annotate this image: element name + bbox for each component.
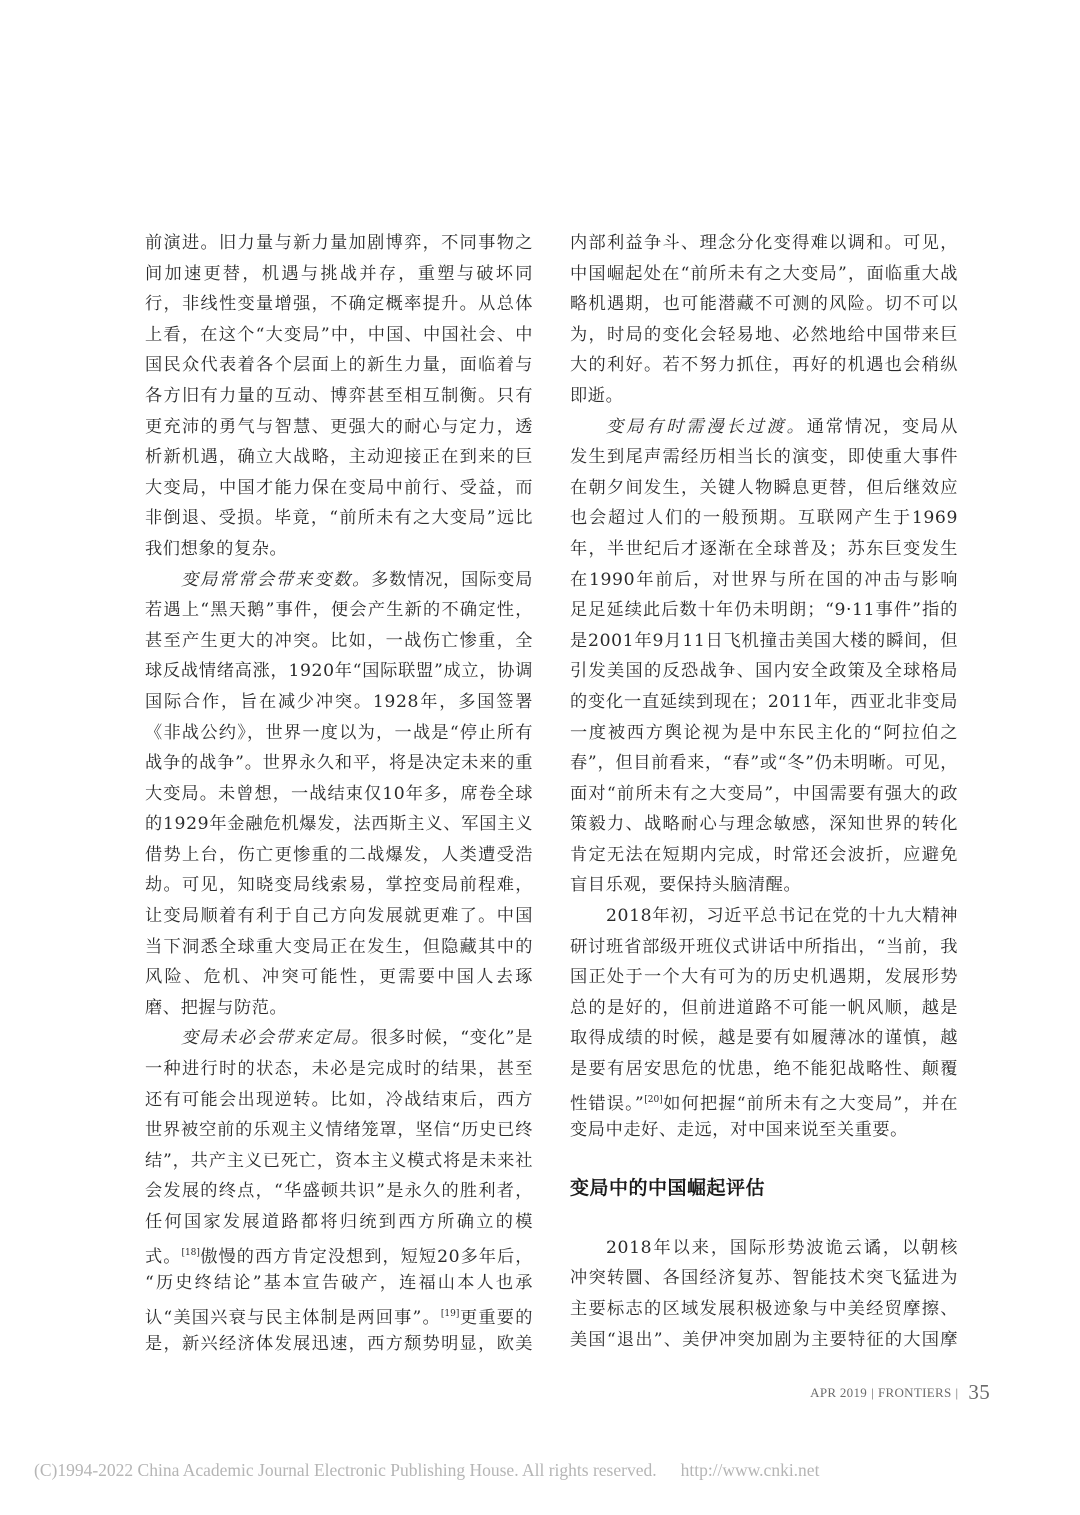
text-line: 大变局，中国才能力保在变局中前行、受益，而 (145, 473, 533, 504)
text-line: 借势上台，伤亡更惨重的二战爆发，人类遭受浩 (145, 840, 533, 871)
text-line: 在1990年前后，对世界与所在国的冲击与影响 (570, 565, 958, 596)
text-span: 如何把握“前所未有之大变局”，并在 (663, 1094, 958, 1114)
text-line: 磨、把握与防范。 (145, 993, 533, 1024)
text-line: 若遇上“黑天鹅”事件，便会产生新的不确定性， (145, 595, 533, 626)
text-line: 大变局。未曾想，一战结束仅10年多，席卷全球 (145, 779, 533, 810)
text-line: 国正处于一个大有可为的历史机遇期，发展形势 (570, 962, 958, 993)
text-line: 上看，在这个“大变局”中，中国、中国社会、中 (145, 320, 533, 351)
text-line: 当下洞悉全球重大变局正在发生，但隐藏其中的 (145, 932, 533, 963)
text-line: “历史终结论”基本宣告破产，连福山本人也承 (145, 1268, 533, 1299)
paragraph-left-1: 前演进。旧力量与新力量加剧博弈，不同事物之 间加速更替，机遇与挑战并存，重塑与破… (145, 228, 533, 565)
text-line: 一种进行时的状态，未必是完成时的结果，甚至 (145, 1054, 533, 1085)
text-line: 略机遇期，也可能潜藏不可测的风险。切不可以 (570, 289, 958, 320)
text-span: 性错误。” (570, 1094, 644, 1114)
text-line: 的变化一直延续到现在；2011年，西亚北非变局 (570, 687, 958, 718)
text-line: 更充沛的勇气与智慧、更强大的耐心与定力，透 (145, 412, 533, 443)
text-line: 2018年以来，国际形势波诡云谲，以朝核 (570, 1233, 958, 1264)
page-footer: APR 2019|FRONTIERS|35 (760, 1380, 990, 1405)
paragraph-right-4: 2018年以来，国际形势波诡云谲，以朝核 冲突转圜、各国经济复苏、智能技术突飞猛… (570, 1233, 958, 1355)
journal-page: 前演进。旧力量与新力量加剧博弈，不同事物之 间加速更替，机遇与挑战并存，重塑与破… (0, 0, 1080, 1515)
text-line: 性错误。”[20]如何把握“前所未有之大变局”，并在 (570, 1085, 958, 1116)
copyright-notice: (C)1994-2022 China Academic Journal Elec… (34, 1460, 819, 1481)
right-column: 内部利益争斗、理念分化变得难以调和。可见， 中国崛起处在“前所未有之大变局”，面… (570, 228, 958, 1355)
text-line: 发生到尾声需经历相当长的演变，即使重大事件 (570, 442, 958, 473)
text-line: 引发美国的反恐战争、国内安全政策及全球格局 (570, 656, 958, 687)
text-line: 变局有时需漫长过渡。通常情况，变局从 (570, 412, 958, 443)
issue-date: APR 2019 (810, 1385, 867, 1400)
text-line: 总的是好的，但前进道路不可能一帆风顺，越是 (570, 993, 958, 1024)
paragraph-lead-phrase: 变局有时需漫长过渡。 (606, 417, 807, 437)
text-line: 是，新兴经济体发展迅速，西方颓势明显，欧美 (145, 1329, 533, 1360)
text-line: 策毅力、战略耐心与理念敏感，深知世界的转化 (570, 809, 958, 840)
paragraph-right-2: 变局有时需漫长过渡。通常情况，变局从 发生到尾声需经历相当长的演变，即使重大事件… (570, 412, 958, 902)
paragraph-left-2: 变局常常会带来变数。多数情况，国际变局 若遇上“黑天鹅”事件，便会产生新的不确定… (145, 565, 533, 1024)
text-line: 劫。可见，知晓变局线索易，掌控变局前程难， (145, 870, 533, 901)
text-line: 《非战公约》，世界一度以为，一战是“停止所有 (145, 718, 533, 749)
text-line: 式。[18]傲慢的西方肯定没想到，短短20多年后， (145, 1238, 533, 1269)
text-line: 让变局顺着有利于自己方向发展就更难了。中国 (145, 901, 533, 932)
text-line: 也会超过人们的一般预期。互联网产生于1969 (570, 503, 958, 534)
text-line: 即逝。 (570, 381, 958, 412)
section-heading: 变局中的中国崛起评估 (570, 1173, 958, 1203)
text-line: 会发展的终点，“华盛顿共识”是永久的胜利者， (145, 1176, 533, 1207)
text-line: 球反战情绪高涨，1920年“国际联盟”成立，协调 (145, 656, 533, 687)
page-number: 35 (968, 1380, 990, 1404)
text-span: 认“美国兴衰与民主体制是两回事”。 (145, 1308, 441, 1328)
text-line: 变局常常会带来变数。多数情况，国际变局 (145, 565, 533, 596)
text-line: 国民众代表着各个层面上的新生力量，面临着与 (145, 350, 533, 381)
text-line: 还有可能会出现逆转。比如，冷战结束后，西方 (145, 1085, 533, 1116)
text-line: 肯定无法在短期内完成，时常还会波折，应避免 (570, 840, 958, 871)
text-line: 一度被西方舆论视为是中东民主化的“阿拉伯之 (570, 718, 958, 749)
text-span: 很多时候，“变化”是 (370, 1028, 533, 1048)
text-line: 任何国家发展道路都将归统到西方所确立的模 (145, 1207, 533, 1238)
footnote-ref-19[interactable]: [19] (441, 1309, 459, 1319)
text-line: 内部利益争斗、理念分化变得难以调和。可见， (570, 228, 958, 259)
text-line: 风险、危机、冲突可能性，更需要中国人去琢 (145, 962, 533, 993)
text-line: 盲目乐观，要保持头脑清醒。 (570, 870, 958, 901)
text-line: 中国崛起处在“前所未有之大变局”，面临重大战 (570, 259, 958, 290)
text-line: 的1929年金融危机爆发，法西斯主义、军国主义 (145, 809, 533, 840)
text-line: 国际合作，旨在减少冲突。1928年，多国签署 (145, 687, 533, 718)
copyright-text: (C)1994-2022 China Academic Journal Elec… (34, 1460, 657, 1480)
text-line: 变局未必会带来定局。很多时候，“变化”是 (145, 1023, 533, 1054)
text-line: 美国“退出”、美伊冲突加剧为主要特征的大国摩 (570, 1325, 958, 1356)
left-column: 前演进。旧力量与新力量加剧博弈，不同事物之 间加速更替，机遇与挑战并存，重塑与破… (145, 228, 533, 1360)
text-line: 是2001年9月11日飞机撞击美国大楼的瞬间，但 (570, 626, 958, 657)
text-line: 大的利好。若不努力抓住，再好的机遇也会稍纵 (570, 350, 958, 381)
text-line: 世界被空前的乐观主义情绪笼罩，坚信“历史已终 (145, 1115, 533, 1146)
text-line: 前演进。旧力量与新力量加剧博弈，不同事物之 (145, 228, 533, 259)
text-line: 析新机遇，确立大战略，主动迎接正在到来的巨 (145, 442, 533, 473)
text-line: 足足延续此后数十年仍未明朗；“9·11事件”指的 (570, 595, 958, 626)
text-line: 战争的战争”。世界永久和平，将是决定未来的重 (145, 748, 533, 779)
text-line: 主要标志的区域发展积极迹象与中美经贸摩擦、 (570, 1294, 958, 1325)
text-line: 变局中走好、走远，对中国来说至关重要。 (570, 1115, 958, 1146)
text-line: 取得成绩的时候，越是要有如履薄冰的谨慎，越 (570, 1023, 958, 1054)
text-span: 更重要的 (459, 1308, 533, 1328)
cnki-link[interactable]: http://www.cnki.net (681, 1460, 820, 1480)
paragraph-lead-phrase: 变局常常会带来变数。 (181, 570, 371, 590)
text-span: 多数情况，国际变局 (371, 570, 533, 590)
paragraph-left-3: 变局未必会带来定局。很多时候，“变化”是 一种进行时的状态，未必是完成时的结果，… (145, 1023, 533, 1360)
footnote-ref-18[interactable]: [18] (181, 1248, 199, 1258)
text-line: 我们想象的复杂。 (145, 534, 533, 565)
footnote-ref-20[interactable]: [20] (644, 1095, 662, 1105)
paragraph-lead-phrase: 变局未必会带来定局。 (181, 1028, 370, 1048)
text-line: 结”，共产主义已死亡，资本主义模式将是未来社 (145, 1146, 533, 1177)
text-line: 行，非线性变量增强，不确定概率提升。从总体 (145, 289, 533, 320)
text-line: 各方旧有力量的互动、博弈甚至相互制衡。只有 (145, 381, 533, 412)
text-line: 认“美国兴衰与民主体制是两回事”。[19]更重要的 (145, 1299, 533, 1330)
text-line: 在朝夕间发生，关键人物瞬息更替，但后继效应 (570, 473, 958, 504)
journal-name: FRONTIERS (878, 1385, 952, 1400)
text-line: 冲突转圜、各国经济复苏、智能技术突飞猛进为 (570, 1263, 958, 1294)
text-line: 甚至产生更大的冲突。比如，一战伤亡惨重，全 (145, 626, 533, 657)
text-line: 为，时局的变化会轻易地、必然地给中国带来巨 (570, 320, 958, 351)
text-line: 非倒退、受损。毕竟，“前所未有之大变局”远比 (145, 503, 533, 534)
paragraph-right-1: 内部利益争斗、理念分化变得难以调和。可见， 中国崛起处在“前所未有之大变局”，面… (570, 228, 958, 412)
text-line: 间加速更替，机遇与挑战并存，重塑与破坏同 (145, 259, 533, 290)
text-line: 春”，但目前看来，“春”或“冬”仍未明晰。可见， (570, 748, 958, 779)
text-span: 通常情况，变局从 (807, 417, 958, 437)
separator: | (955, 1385, 958, 1400)
text-line: 研讨班省部级开班仪式讲话中所指出，“当前，我 (570, 932, 958, 963)
text-line: 是要有居安思危的忧患，绝不能犯战略性、颠覆 (570, 1054, 958, 1085)
text-span: 式。 (145, 1247, 181, 1267)
paragraph-right-3: 2018年初，习近平总书记在党的十九大精神 研讨班省部级开班仪式讲话中所指出，“… (570, 901, 958, 1146)
text-line: 面对“前所未有之大变局”，中国需要有强大的政 (570, 779, 958, 810)
text-span: 傲慢的西方肯定没想到，短短20多年后， (200, 1247, 533, 1267)
text-line: 2018年初，习近平总书记在党的十九大精神 (570, 901, 958, 932)
separator: | (871, 1385, 874, 1400)
text-line: 年，半世纪后才逐渐在全球普及；苏东巨变发生 (570, 534, 958, 565)
